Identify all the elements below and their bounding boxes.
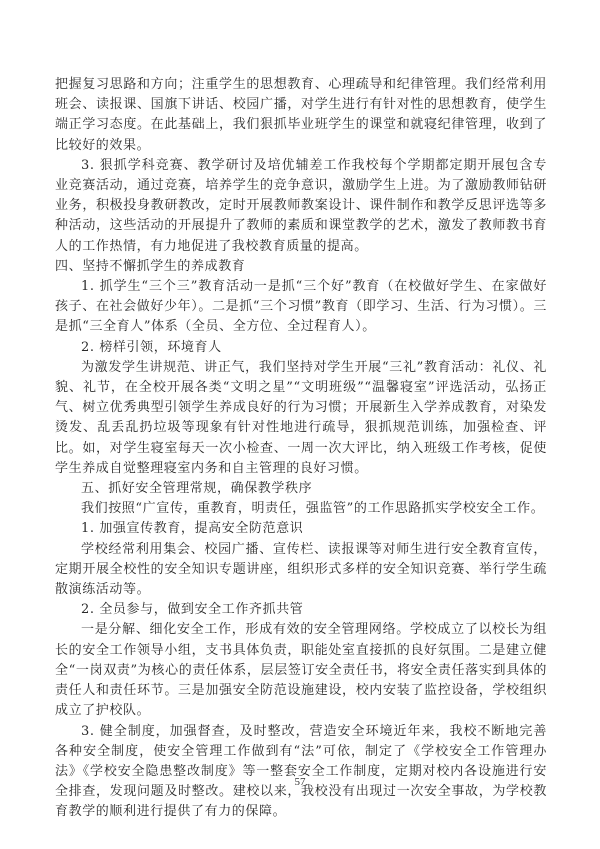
paragraph: 一是分解、细化安全工作，形成有效的安全管理网络。学校成立了以校长为组长的安全工作… bbox=[55, 620, 547, 721]
paragraph: 为激发学生讲规范、讲正气，我们坚持对学生开展“三礼”教育活动：礼仪、礼貌、礼节，… bbox=[55, 358, 547, 479]
paragraph: 1. 抓学生“三个三”教育活动一是抓“三个好”教育（在校做好学生、在家做好孩子、… bbox=[55, 277, 547, 338]
page-number: 57 bbox=[0, 776, 600, 788]
page-body: 把握复习思路和方向；注重学生的思想教育、心理疏导和纪律管理。我们经常利用班会、读… bbox=[55, 75, 547, 823]
paragraph: 把握复习思路和方向；注重学生的思想教育、心理疏导和纪律管理。我们经常利用班会、读… bbox=[55, 75, 547, 156]
section-heading: 五、抓好安全管理常规，确保教学秩序 bbox=[55, 479, 547, 499]
subsection-heading: 1. 加强宣传教育，提高安全防范意识 bbox=[55, 519, 547, 539]
paragraph: 学校经常利用集会、校园广播、宣传栏、读报课等对师生进行安全教育宣传，定期开展全校… bbox=[55, 540, 547, 601]
paragraph: 我们按照“广宣传，重教育，明责任，强监管”的工作思路抓实学校安全工作。 bbox=[55, 499, 547, 519]
paragraph: 3. 健全制度，加强督查，及时整改，营造安全环境近年来，我校不断地完善各种安全制… bbox=[55, 722, 547, 823]
section-heading: 四、坚持不懈抓学生的养成教育 bbox=[55, 257, 547, 277]
paragraph: 3. 狠抓学科竞赛、教学研讨及培优辅差工作我校每个学期都定期开展包含专业竞赛活动… bbox=[55, 156, 547, 257]
subsection-heading: 2. 全员参与，做到安全工作齐抓共管 bbox=[55, 600, 547, 620]
document-page: 把握复习思路和方向；注重学生的思想教育、心理疏导和纪律管理。我们经常利用班会、读… bbox=[0, 0, 600, 849]
subsection-heading: 2. 榜样引领，环境育人 bbox=[55, 338, 547, 358]
